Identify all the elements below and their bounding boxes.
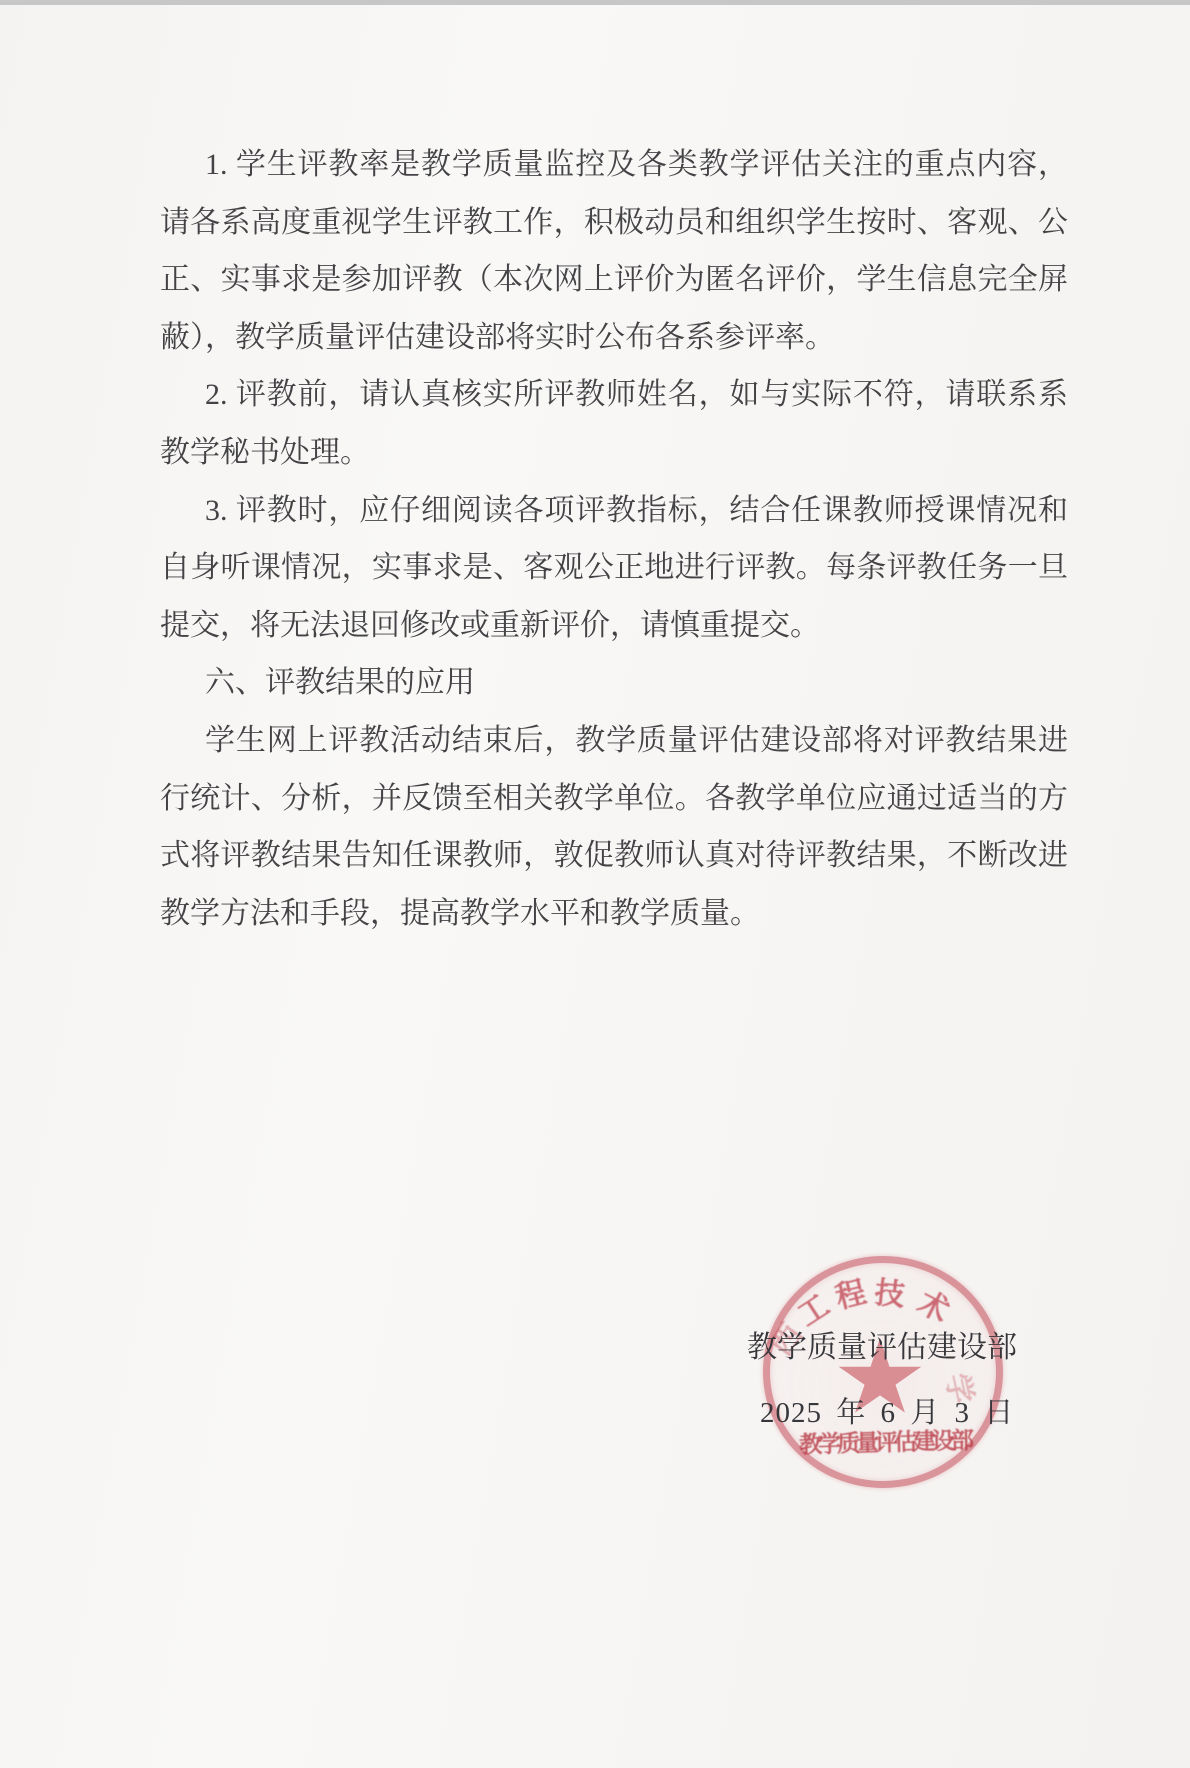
paragraph-1: 1. 学生评教率是教学质量监控及各类教学评估关注的重点内容，请各系高度重视学生评…: [160, 136, 1068, 366]
official-seal-stamp: 西 工 程 技 术 学 教学质量评估建设部: [763, 1256, 1003, 1488]
scan-edge-strip: [0, 0, 1190, 5]
paragraph-2: 2. 评教前，请认真核实所评教师姓名，如与实际不符，请联系系教学秘书处理。: [160, 366, 1068, 481]
signature-date: 2025 年 6 月 3 日: [760, 1390, 1014, 1431]
section-heading: 六、评教结果的应用: [160, 654, 1068, 712]
paragraph-3: 3. 评教时，应仔细阅读各项评教指标，结合任课教师授课情况和自身听课情况，实事求…: [160, 482, 1068, 655]
document-body: 1. 学生评教率是教学质量监控及各类教学评估关注的重点内容，请各系高度重视学生评…: [160, 136, 1068, 942]
paragraph-4: 学生网上评教活动结束后，教学质量评估建设部将对评教结果进行统计、分析，并反馈至相…: [160, 712, 1068, 942]
signature-department: 教学质量评估建设部: [747, 1322, 1017, 1366]
seal-arc-character: 技: [873, 1268, 907, 1315]
scanned-document-page: 1. 学生评教率是教学质量监控及各类教学评估关注的重点内容，请各系高度重视学生评…: [0, 0, 1190, 1768]
